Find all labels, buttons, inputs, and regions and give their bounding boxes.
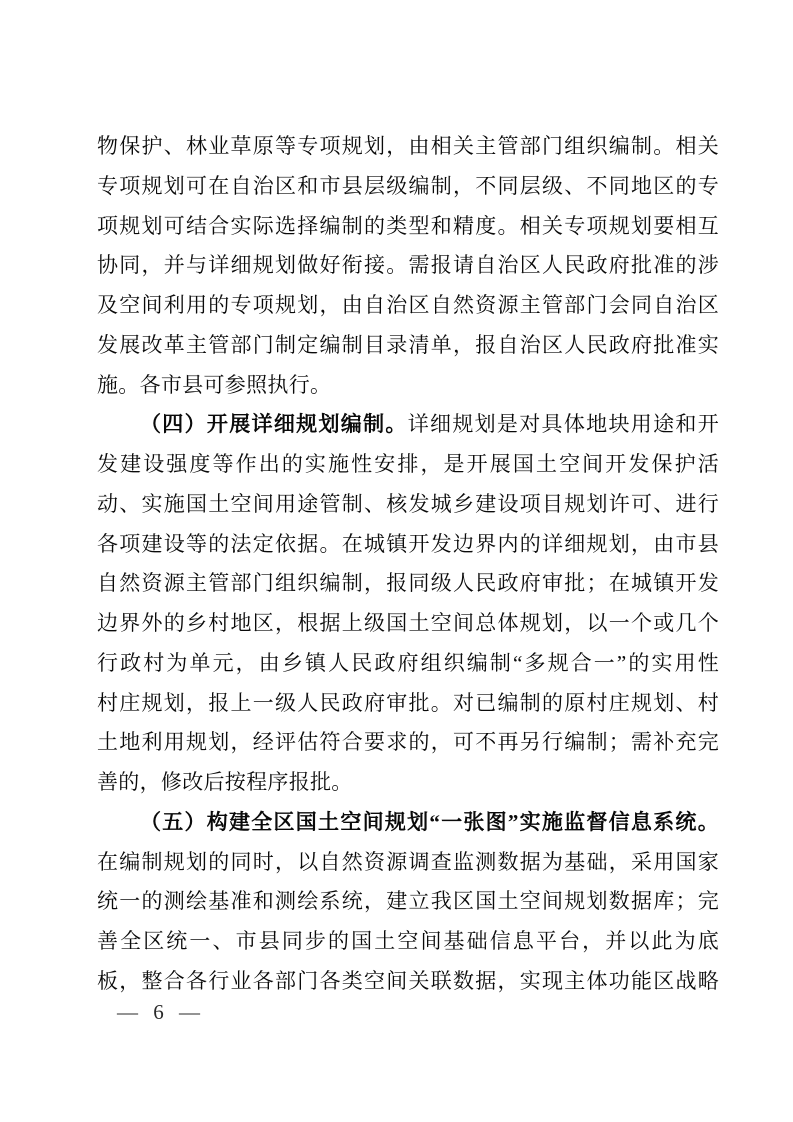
text-segment: 统一的测绘基准和测绘系统，建立我区国土空间规划数据库；完 [97,889,719,913]
text-segment: 边界外的乡村地区，根据上级国土空间总体规划，以一个或几个 [97,611,719,635]
section-heading-segment: （五）构建全区国土空间规划“一张图”实施监督信息系统。 [140,810,719,834]
text-line: 善全区统一、市县同步的国土空间基础信息平台，并以此为底 [97,922,719,962]
text-segment: 善全区统一、市县同步的国土空间基础信息平台，并以此为底 [97,929,719,953]
text-line: 及空间利用的专项规划，由自治区自然资源主管部门会同自治区 [97,286,719,326]
text-segment: 村庄规划，报上一级人民政府审批。对已编制的原村庄规划、村 [97,691,719,715]
text-line: 统一的测绘基准和测绘系统，建立我区国土空间规划数据库；完 [97,882,719,922]
text-segment: 详细规划是对具体地块用途和开 [408,412,719,436]
text-segment: 在编制规划的同时，以自然资源调查监测数据为基础，采用国家 [97,850,719,874]
text-segment: 行政村为单元，由乡镇人民政府组织编制“多规合一”的实用性 [97,651,719,675]
text-line: 各项建设等的法定依据。在城镇开发边界内的详细规划，由市县 [97,525,719,565]
text-segment: 物保护、林业草原等专项规划，由相关主管部门组织编制。相关 [97,134,719,158]
text-line: 项规划可结合实际选择编制的类型和精度。相关专项规划要相互 [97,207,719,247]
text-line: 行政村为单元，由乡镇人民政府组织编制“多规合一”的实用性 [97,644,719,684]
text-line: 动、实施国土空间用途管制、核发城乡建设项目规划许可、进行 [97,485,719,525]
text-line: 协同，并与详细规划做好衔接。需报请自治区人民政府批准的涉 [97,246,719,286]
text-line: 善的，修改后按程序报批。 [97,763,719,803]
text-segment: 发建设强度等作出的实施性安排，是开展国土空间开发保护活 [97,452,719,476]
text-segment: 及空间利用的专项规划，由自治区自然资源主管部门会同自治区 [97,293,719,317]
text-line: 发建设强度等作出的实施性安排，是开展国土空间开发保护活 [97,445,719,485]
text-segment: 发展改革主管部门制定编制目录清单，报自治区人民政府批准实 [97,333,719,357]
text-line: 施。各市县可参照执行。 [97,366,719,406]
text-line: 土地利用规划，经评估符合要求的，可不再另行编制；需补充完 [97,723,719,763]
text-segment: 板，整合各行业各部门各类空间关联数据，实现主体功能区战略 [97,969,719,993]
page-number: — 6 — [117,1000,202,1024]
text-segment: 项规划可结合实际选择编制的类型和精度。相关专项规划要相互 [97,214,719,238]
text-line: 发展改革主管部门制定编制目录清单，报自治区人民政府批准实 [97,326,719,366]
text-block: 物保护、林业草原等专项规划，由相关主管部门组织编制。相关专项规划可在自治区和市县… [97,127,719,1002]
text-segment: 自然资源主管部门组织编制，报同级人民政府审批；在城镇开发 [97,571,719,595]
text-line: （五）构建全区国土空间规划“一张图”实施监督信息系统。 [97,803,719,843]
text-line: 村庄规划，报上一级人民政府审批。对已编制的原村庄规划、村 [97,684,719,724]
text-line: 自然资源主管部门组织编制，报同级人民政府审批；在城镇开发 [97,564,719,604]
text-segment: 土地利用规划，经评估符合要求的，可不再另行编制；需补充完 [97,730,719,754]
text-segment: 专项规划可在自治区和市县层级编制，不同层级、不同地区的专 [97,174,719,198]
section-heading-segment: （四）开展详细规划编制。 [140,412,408,436]
text-segment: 动、实施国土空间用途管制、核发城乡建设项目规划许可、进行 [97,492,719,516]
text-line: 边界外的乡村地区，根据上级国土空间总体规划，以一个或几个 [97,604,719,644]
text-segment: 各项建设等的法定依据。在城镇开发边界内的详细规划，由市县 [97,532,719,556]
text-segment: 施。各市县可参照执行。 [97,373,331,397]
document-page: 物保护、林业草原等专项规划，由相关主管部门组织编制。相关专项规划可在自治区和市县… [0,0,793,1122]
text-line: （四）开展详细规划编制。详细规划是对具体地块用途和开 [97,405,719,445]
text-line: 板，整合各行业各部门各类空间关联数据，实现主体功能区战略 [97,962,719,1002]
text-segment: 善的，修改后按程序报批。 [97,770,353,794]
text-line: 物保护、林业草原等专项规划，由相关主管部门组织编制。相关 [97,127,719,167]
text-line: 在编制规划的同时，以自然资源调查监测数据为基础，采用国家 [97,843,719,883]
text-segment: 协同，并与详细规划做好衔接。需报请自治区人民政府批准的涉 [97,253,719,277]
text-line: 专项规划可在自治区和市县层级编制，不同层级、不同地区的专 [97,167,719,207]
